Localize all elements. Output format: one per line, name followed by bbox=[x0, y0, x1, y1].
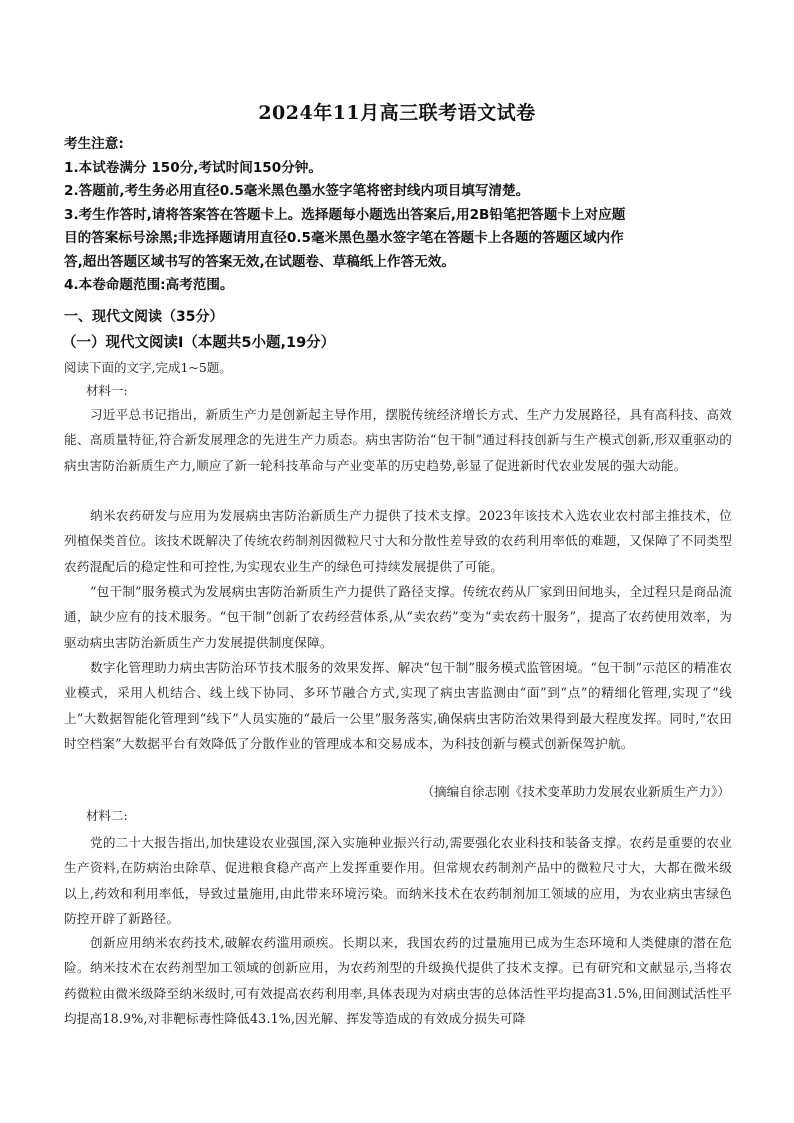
paragraph: 数字化管理助力病虫害防治环节技术服务的效果发挥、解决“包干制”服务模式监管困境。… bbox=[64, 655, 732, 756]
paragraph: 习近平总书记指出，新质生产力是创新起主导作用，摆脱传统经济增长方式、生产力发展路… bbox=[64, 402, 732, 478]
paragraph: “包干制”服务模式为发展病虫害防治新质生产力提供了路径支撑。传统农药从厂家到田间… bbox=[64, 579, 732, 655]
notice-item: 1.本试卷满分 150分,考试时间150分钟。 bbox=[64, 157, 736, 181]
subsection-heading: （一）现代文阅读Ⅰ（本题共5小题,19分） bbox=[62, 331, 335, 352]
exam-page: 2024年11月高三联考语文试卷 考生注意: 1.本试卷满分 150分,考试时间… bbox=[0, 0, 794, 1123]
notice-item: 2.答题前,考生务必用直径0.5毫米黑色墨水签字笔将密封线内项目填写清楚。 bbox=[64, 180, 736, 204]
notice-heading: 考生注意: bbox=[64, 133, 736, 157]
paragraph: 纳米农药研发与应用为发展病虫害防治新质生产力提供了技术支撑。2023年该技术入选… bbox=[64, 503, 732, 579]
source-citation: （摘编自徐志刚《技术变革助力发展农业新质生产力》） bbox=[421, 781, 730, 800]
notice-item: 目的答案标号涂黑;非选择题请用直径0.5毫米黑色墨水签字笔在答题卡上各题的答题区… bbox=[64, 227, 736, 251]
material-two-label: 材料二: bbox=[86, 806, 128, 824]
material-one-label: 材料一: bbox=[86, 381, 128, 399]
notice-item: 4.本卷命题范围:高考范围。 bbox=[64, 274, 736, 298]
exam-title: 2024年11月高三联考语文试卷 bbox=[0, 98, 794, 125]
paragraph: 创新应用纳米农药技术,破解农药滥用顽疾。长期以来，我国农药的过量施用已成为生态环… bbox=[64, 930, 732, 1031]
notice-item: 答,超出答题区域书写的答案无效,在试题卷、草稿纸上作答无效。 bbox=[64, 251, 736, 275]
section-heading: 一、现代文阅读（35分） bbox=[64, 306, 223, 326]
paragraph: 党的二十大报告指出,加快建设农业强国,深入实施种业振兴行动,需要强化农业科技和装… bbox=[64, 830, 732, 931]
candidate-notice: 考生注意: 1.本试卷满分 150分,考试时间150分钟。 2.答题前,考生务必… bbox=[64, 133, 736, 298]
reading-instruction: 阅读下面的文字,完成1~5题。 bbox=[64, 358, 232, 376]
notice-item: 3.考生作答时,请将答案答在答题卡上。选择题每小题选出答案后,用2B铅笔把答题卡… bbox=[64, 204, 736, 228]
